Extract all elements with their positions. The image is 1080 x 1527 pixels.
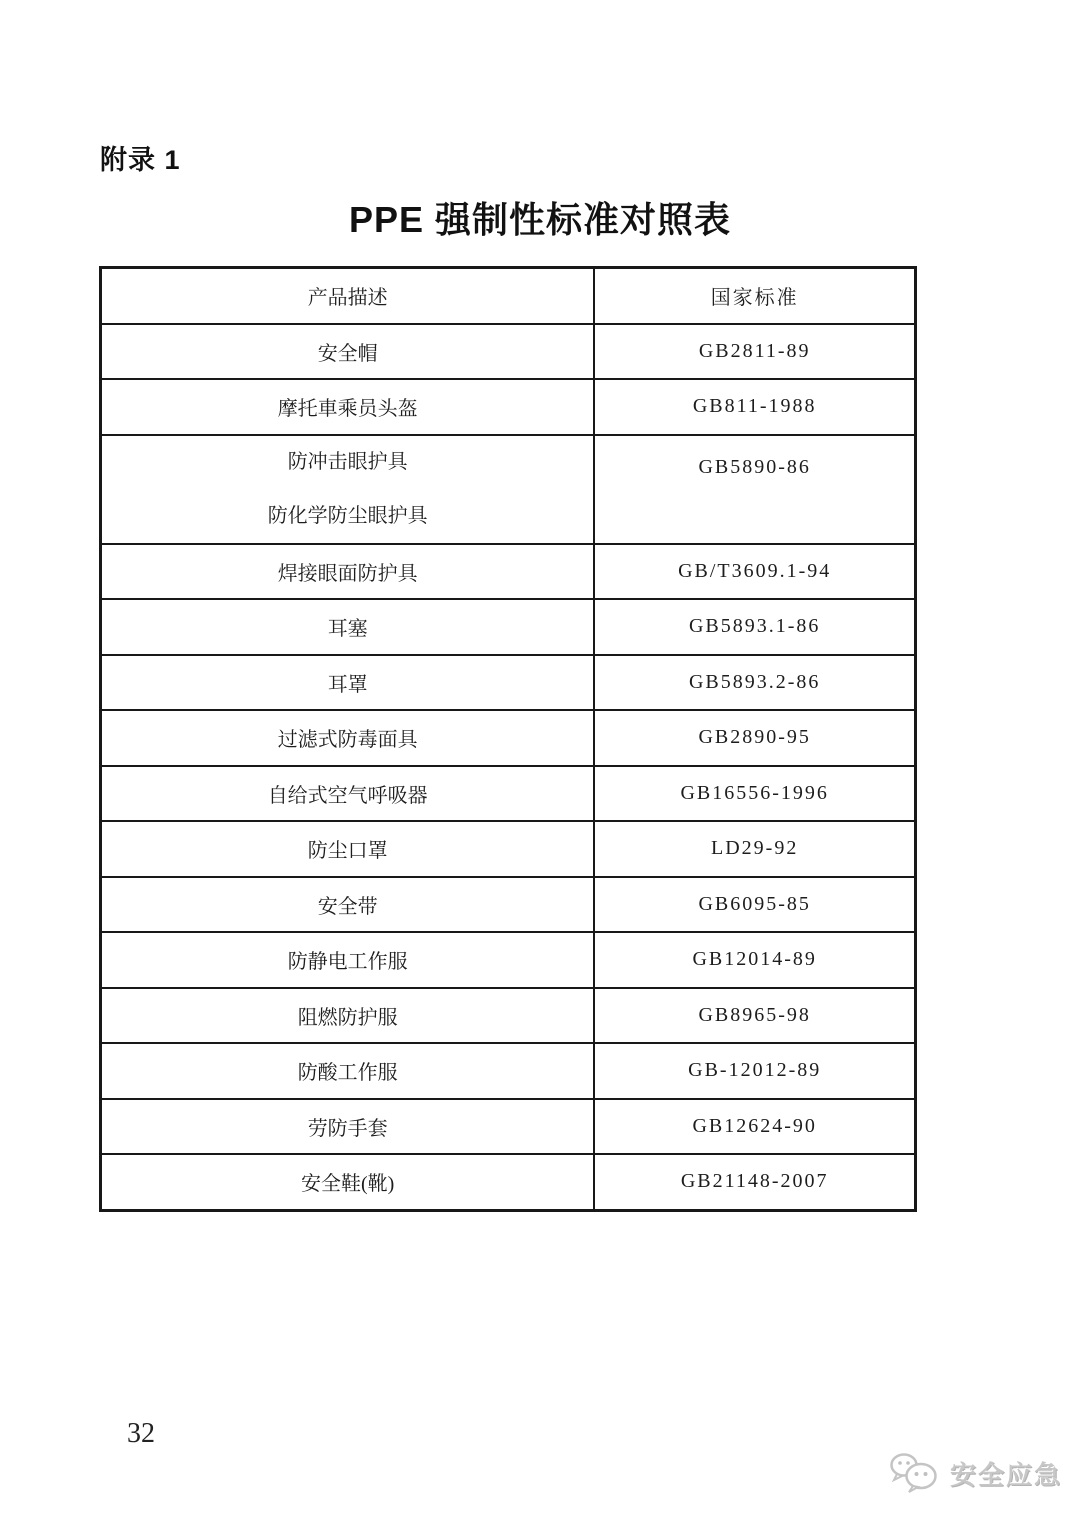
standard-cell: GB16556-1996 [594,766,915,822]
appendix-label: 附录 1 [100,138,181,177]
product-cell: 过滤式防毒面具 [101,710,595,766]
table-row: 防尘口罩LD29-92 [101,821,916,877]
product-cell: 耳罩 [101,655,595,711]
standard-cell: GB2890-95 [594,710,915,766]
standard-cell: GB5893.1-86 [594,599,915,655]
table-row: 安全帽GB2811-89 [101,324,916,380]
standard-cell: GB5890-86 [594,435,915,544]
standard-cell: GB2811-89 [594,324,915,380]
watermark-text: 安全应急 [950,1455,1062,1492]
table-row: 焊接眼面防护具GB/T3609.1-94 [101,544,916,600]
table-row: 防酸工作服GB-12012-89 [101,1043,916,1099]
standard-cell: GB5893.2-86 [594,655,915,711]
page-title: PPE 强制性标准对照表 [0,192,1080,243]
table-row: 耳罩GB5893.2-86 [101,655,916,711]
standard-cell: LD29-92 [594,821,915,877]
product-cell: 自给式空气呼吸器 [101,766,595,822]
column-header-product: 产品描述 [101,268,595,324]
product-cell: 防尘口罩 [101,821,595,877]
table-row: 耳塞GB5893.1-86 [101,599,916,655]
table-row: 安全鞋(靴)GB21148-2007 [101,1154,916,1210]
page-number: 32 [127,1418,155,1450]
standard-cell: GB6095-85 [594,877,915,933]
product-cell: 安全鞋(靴) [101,1154,595,1210]
table-row: 防冲击眼护具防化学防尘眼护具GB5890-86 [101,435,916,544]
table-header-row: 产品描述 国家标准 [101,268,916,324]
standard-cell: GB811-1988 [594,379,915,435]
table-body: 安全帽GB2811-89摩托車乘员头盔GB811-1988防冲击眼护具防化学防尘… [101,324,916,1211]
standard-cell: GB12624-90 [594,1099,915,1155]
table-row: 摩托車乘员头盔GB811-1988 [101,379,916,435]
product-cell: 摩托車乘员头盔 [101,379,595,435]
product-cell: 防静电工作服 [101,932,595,988]
wechat-bubbles-icon [888,1452,942,1494]
table-row: 过滤式防毒面具GB2890-95 [101,710,916,766]
table-row: 防静电工作服GB12014-89 [101,932,916,988]
standard-cell: GB8965-98 [594,988,915,1044]
standard-cell: GB-12012-89 [594,1043,915,1099]
product-cell: 焊接眼面防护具 [101,544,595,600]
table-row: 劳防手套GB12624-90 [101,1099,916,1155]
product-cell: 安全帽 [101,324,595,380]
standard-cell: GB12014-89 [594,932,915,988]
product-cell: 安全带 [101,877,595,933]
table-row: 自给式空气呼吸器GB16556-1996 [101,766,916,822]
product-cell: 劳防手套 [101,1099,595,1155]
product-cell: 防酸工作服 [101,1043,595,1099]
column-header-standard: 国家标准 [594,268,915,324]
standard-cell: GB/T3609.1-94 [594,544,915,600]
ppe-standards-table: 产品描述 国家标准 安全帽GB2811-89摩托車乘员头盔GB811-1988防… [99,266,917,1212]
product-label: 防化学防尘眼护具 [268,506,428,526]
table-row: 安全带GB6095-85 [101,877,916,933]
product-cell: 耳塞 [101,599,595,655]
table-row: 阻燃防护服GB8965-98 [101,988,916,1044]
product-cell: 阻燃防护服 [101,988,595,1044]
standard-label: GB5890-86 [698,457,810,477]
product-label: 防冲击眼护具 [288,452,408,472]
product-cell: 防冲击眼护具防化学防尘眼护具 [101,435,595,544]
document-page: 附录 1 PPE 强制性标准对照表 产品描述 国家标准 安全帽GB2811-89… [0,0,1080,1527]
standard-cell: GB21148-2007 [594,1154,915,1210]
watermark: 安全应急 [888,1452,1062,1494]
